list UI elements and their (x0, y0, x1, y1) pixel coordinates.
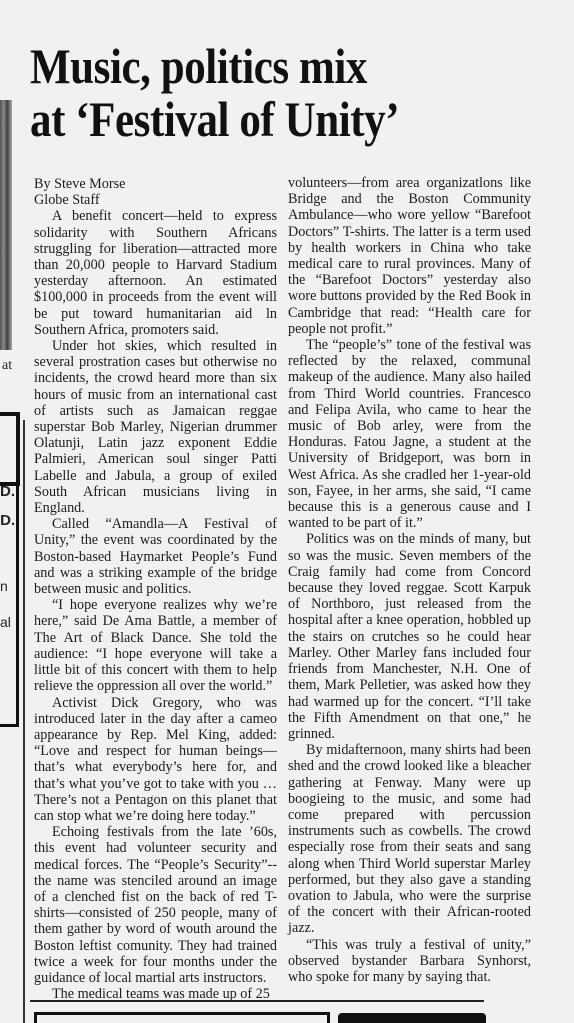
margin-fragment-d2: .D. (0, 512, 15, 529)
paragraph: By midafternoon, many shirts had been sh… (288, 742, 531, 936)
byline-affiliation: Globe Staff (34, 192, 277, 208)
article-headline: Music, politics mix at ‘Festival of Unit… (30, 40, 494, 146)
byline: By Steve Morse (34, 176, 277, 192)
headline-line-2: at ‘Festival of Unity’ (30, 93, 494, 146)
paragraph: Under hot skies, which resulted in sever… (34, 338, 277, 516)
article-column-right: volunteers—from area organizatlons like … (288, 175, 531, 985)
adjacent-photo-fragment (0, 100, 12, 350)
article-end-rule (30, 1000, 484, 1002)
adjacent-box-bottom-left (34, 1012, 330, 1023)
margin-fragment-al: al (0, 614, 11, 630)
paragraph: Called “Amandla—A Festival of Unity,” th… (34, 516, 277, 597)
margin-fragment-at: at (2, 358, 12, 374)
margin-fragment-n: n (0, 578, 8, 594)
margin-fragment-d1: D. (0, 483, 15, 500)
paragraph: Politics was on the minds of many, but s… (288, 531, 531, 742)
adjacent-ad-box-top (0, 412, 20, 486)
paragraph: “This was truly a festival of unity,” ob… (288, 937, 531, 986)
adjacent-box-bottom-right (338, 1013, 486, 1023)
paragraph: Activist Dick Gregory, who was introduce… (34, 695, 277, 825)
paragraph-continued: volunteers—from area organizatlons like … (288, 175, 531, 337)
paragraph: The “people’s” tone of the festival was … (288, 337, 531, 531)
paragraph: “I hope everyone realizes why we’re here… (34, 597, 277, 694)
headline-line-1: Music, politics mix (30, 40, 494, 93)
paragraph: A benefit concert—held to express solida… (34, 208, 277, 338)
paragraph: Echoing festivals from the late ’60s, th… (34, 824, 277, 986)
column-divider-rule (23, 420, 25, 1023)
article-column-left: By Steve Morse Globe Staff A benefit con… (34, 176, 277, 1002)
